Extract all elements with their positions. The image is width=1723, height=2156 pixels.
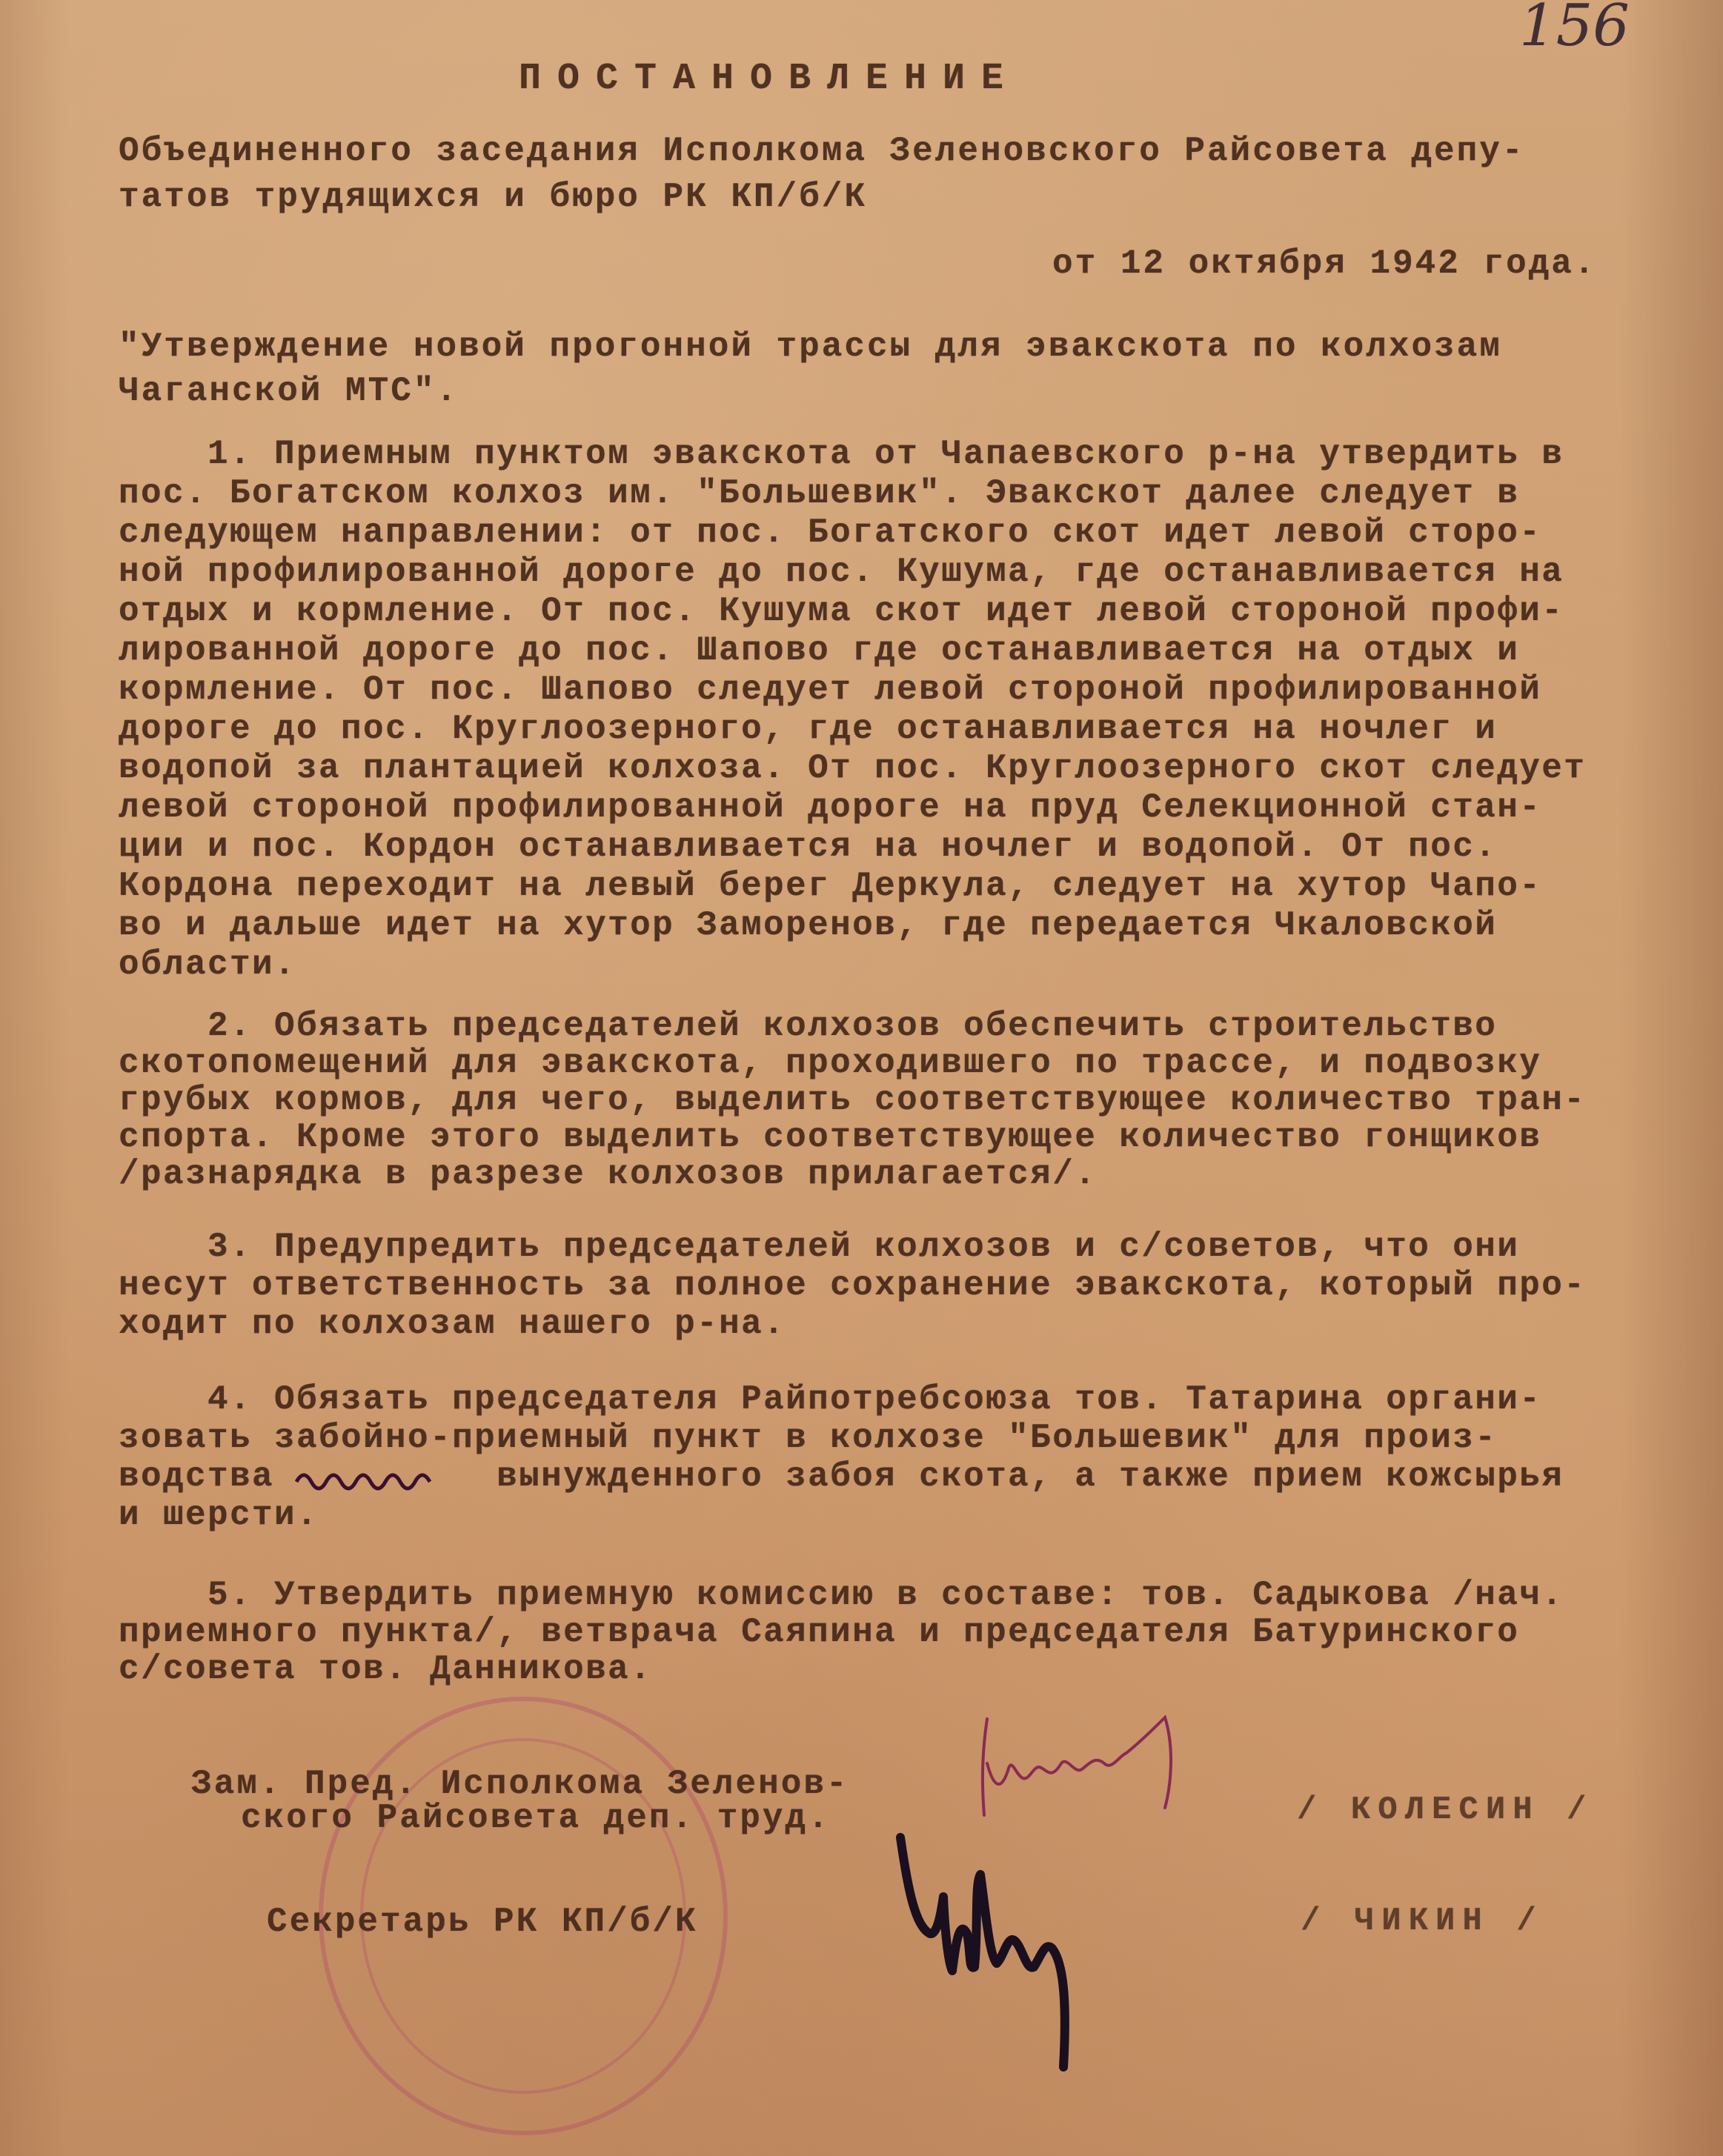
item-line: с/совета тов. Данникова. <box>119 1652 652 1686</box>
item-line: следующем направлении: от пос. Богатског… <box>119 516 1541 550</box>
signatory-title: Секретарь РК КП/б/К <box>267 1903 698 1941</box>
item-line: ции и пос. Кордон останавливается на ноч… <box>119 830 1497 864</box>
item-line: лированной дороге до пос. Шапово где ост… <box>119 633 1519 668</box>
item-line: пос. Богатском колхоз им. "Большевик". Э… <box>119 476 1519 510</box>
document-title: ПОСТАНОВЛЕНИЕ <box>519 58 1020 100</box>
item-line: зовать забойно-приемный пункт в колхозе … <box>119 1421 1497 1455</box>
item-line: кормление. От пос. Шапово следует левой … <box>119 673 1541 707</box>
item-line: 2. Обязать председателей колхозов обеспе… <box>119 1009 1497 1043</box>
item-line: ходит по колхозам нашего р-на. <box>119 1307 786 1341</box>
item-line: /разнарядка в разрезе колхозов прилагает… <box>119 1157 1097 1191</box>
item-line: грубых кормов, для чего, выделить соотве… <box>119 1083 1586 1117</box>
item-line: 3. Предупредить председателей колхозов и… <box>119 1230 1519 1264</box>
item-line: ной профилированной дороге до пос. Кушум… <box>119 555 1564 589</box>
folio-number: 156 <box>1519 0 1630 59</box>
item-line: дороге до пос. Круглоозерного, где остан… <box>119 712 1497 746</box>
signatory-title: ского Райсовета деп. труд. <box>241 1799 831 1837</box>
signatory-title: Зам. Пред. Исполкома Зеленов- <box>191 1765 849 1803</box>
item-line: 5. Утвердить приемную комиссию в составе… <box>119 1578 1564 1612</box>
item-line: несут ответственность за полное сохранен… <box>119 1268 1586 1302</box>
document-page: 156 ПОСТАНОВЛЕНИЕ Объединенного заседани… <box>0 0 1723 2156</box>
item-line: Кордона переходит на левый берег Деркула… <box>119 869 1541 903</box>
signature-chikin-icon <box>886 1823 1152 2082</box>
item-line: водопой за плантацией колхоза. От пос. К… <box>119 751 1586 785</box>
subject-line: Чаганской МТС". <box>119 372 459 410</box>
item-line: 1. Приемным пунктом эвакскота от Чапаевс… <box>119 437 1564 471</box>
subject-line: "Утверждение новой прогонной трассы для … <box>119 327 1502 366</box>
item-line: во и дальше идет на хутор Заморенов, где… <box>119 908 1497 942</box>
item-line: области. <box>119 948 296 982</box>
header-line: Объединенного заседания Исполкома Зелено… <box>119 132 1524 170</box>
item-line: скотопомещений для эвакскота, проходивше… <box>119 1046 1541 1080</box>
item-line: отдых и кормление. От пос. Кушума скот и… <box>119 594 1564 628</box>
item-line: спорта. Кроме этого выделить соответству… <box>119 1120 1541 1154</box>
item-line: левой стороной профилированной дороге на… <box>119 791 1541 825</box>
header-line: татов трудящихся и бюро РК КП/б/К <box>119 178 867 216</box>
document-date: от 12 октября 1942 года. <box>1052 244 1597 283</box>
signatory-name: / КОЛЕСИН / <box>1297 1791 1593 1829</box>
signature-kolesin-icon <box>971 1704 1282 1823</box>
signatory-name: / ЧИКИН / <box>1301 1903 1544 1940</box>
item-line: 4. Обязать председателя Райпотребсоюза т… <box>119 1383 1541 1417</box>
item-line: и шерсти. <box>119 1498 319 1532</box>
item-line: водства вынужденного забоя скота, а такж… <box>119 1460 1564 1494</box>
item-line: приемного пункта/, ветврача Саяпина и пр… <box>119 1615 1519 1649</box>
